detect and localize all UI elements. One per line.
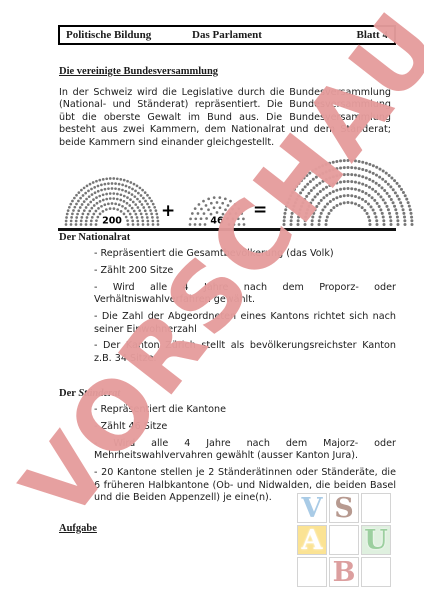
logo-cell: U xyxy=(361,525,391,555)
section-divider xyxy=(58,228,396,231)
logo-cell xyxy=(297,557,327,587)
logo-cell xyxy=(361,557,391,587)
logo-cell xyxy=(361,493,391,523)
section-title-prefix: Der xyxy=(59,388,78,399)
bullet-item: - Wird alle 4 Jahre nach dem Majorz- ode… xyxy=(94,438,396,463)
header-sheet-number: Blatt 4 xyxy=(283,29,394,41)
intro-paragraph: In der Schweiz wird die Legislative durc… xyxy=(59,87,391,149)
header-subject: Politische Bildung xyxy=(60,29,171,41)
section-title-word: Ständerat xyxy=(78,388,120,399)
logo-cell xyxy=(329,525,359,555)
publisher-logo: V S A U B xyxy=(297,493,391,587)
bullet-item: - Zählt 200 Sitze xyxy=(94,265,396,277)
section-title-nationalrat: Der Nationalrat xyxy=(59,232,130,243)
logo-cell: S xyxy=(329,493,359,523)
bullet-item: - Wird alle 4 Jahre nach dem Proporz- od… xyxy=(94,282,396,307)
aufgabe-title: Aufgabe xyxy=(59,523,97,534)
bullet-item: - Repräsentiert die Kantone xyxy=(94,404,396,416)
plus-sign: + xyxy=(161,201,175,221)
bullet-item: - Zählt 46 Sitze xyxy=(94,421,396,433)
header-table: Politische Bildung Das Parlament Blatt 4 xyxy=(58,25,396,45)
bullet-item: - Der Kanton Zürich stellt als bevölkeru… xyxy=(94,340,396,365)
equals-sign: = xyxy=(253,200,267,220)
bullet-item: - Repräsentiert die Gesamtbevölkerung (d… xyxy=(94,248,396,260)
seat-diagram-combined xyxy=(280,156,416,226)
section-title-prefix: Der xyxy=(59,232,78,243)
section-title-word: Nationalrat xyxy=(78,232,130,243)
worksheet-title: Die vereinigte Bundesversammlung xyxy=(59,66,218,77)
logo-cell: A xyxy=(297,525,327,555)
svg-text:46: 46 xyxy=(210,216,224,227)
seat-diagram-nationalrat: 200 xyxy=(63,176,161,226)
seat-diagram-staenderat: 46 xyxy=(183,190,251,226)
header-topic: Das Parlament xyxy=(171,29,282,41)
logo-cell: B xyxy=(329,557,359,587)
nationalrat-bullet-list: - Repräsentiert die Gesamtbevölkerung (d… xyxy=(94,248,396,370)
bullet-item: - Die Zahl der Abgeordneten eines Kanton… xyxy=(94,311,396,336)
worksheet-page: Politische Bildung Das Parlament Blatt 4… xyxy=(0,0,424,600)
section-title-staenderat: Der Ständerat xyxy=(59,388,120,399)
logo-cell: V xyxy=(297,493,327,523)
svg-text:200: 200 xyxy=(102,216,122,227)
